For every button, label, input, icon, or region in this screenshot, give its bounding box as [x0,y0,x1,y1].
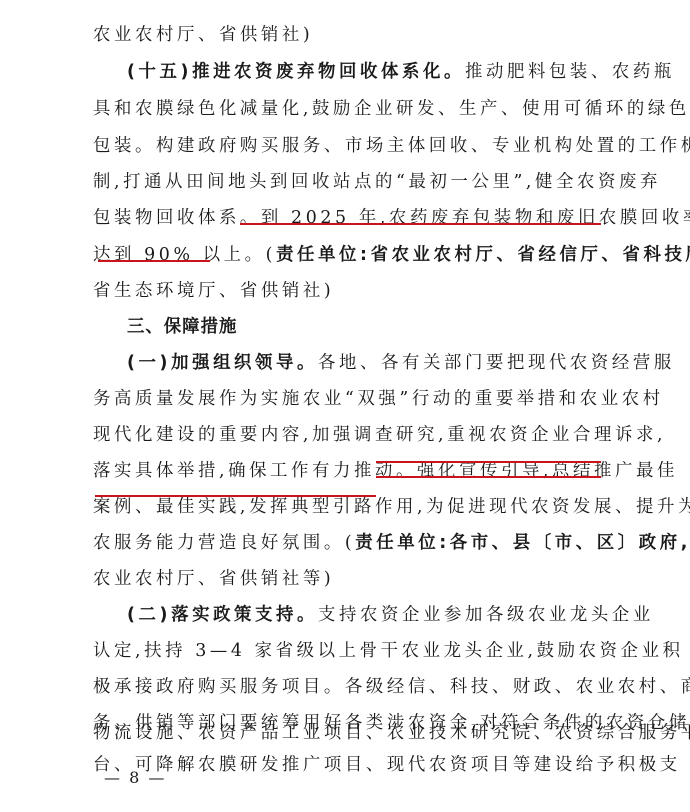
text-line: 包装。构建政府购买服务、市场主体回收、专业机构处置的工作机 [93,133,599,159]
text-line: 务高质量发展作为实施农业“双强”行动的重要举措和农业农村 [93,386,599,412]
section-1-body: 各地、各有关部门要把现代农资经营服 [318,353,675,373]
section-15-title: (十五)推进农资废弃物回收体系化。 [127,62,465,82]
responsibility-units: 责任单位:省农业农村厅、省经信厅、省科技厅、 [276,245,690,265]
responsibility-units: 责任单位:各市、县〔市、区〕政府,省 [355,533,690,553]
responsibility-line: 达到 90% 以上。(责任单位:省农业农村厅、省经信厅、省科技厅、 [93,242,599,268]
text-line: 认定,扶持 3—4 家省级以上骨干农业龙头企业,鼓励农资企业积 [93,638,599,664]
highlight-underline [240,223,601,225]
text-line: 包装物回收体系。到 2025 年,农药废弃包装物和废旧农膜回收率 [93,205,599,231]
highlight-underline [376,461,601,463]
text-line: 台、可降解农膜研发推广项目、现代农资项目等建设给予积极支 [93,752,599,778]
page-number: — 8 — [104,768,166,787]
section-15-body: 推动肥料包装、农药瓶 [465,62,675,82]
text-span: 农服务能力营造良好氛围。( [93,533,355,553]
text-line: 农业农村厅、省供销社等) [93,566,599,592]
highlight-underline [95,495,376,497]
section-2-line: (二)落实政策支持。支持农资企业参加各级农业龙头企业 [127,602,599,628]
text-line: 案例、最佳实践,发挥典型引路作用,为促进现代农资发展、提升为 [93,494,599,520]
section-2-title: (二)落实政策支持。 [127,605,318,625]
section-1-title: (一)加强组织领导。 [127,353,318,373]
document-page: 农业农村厅、省供销社) (十五)推进农资废弃物回收体系化。推动肥料包装、农药瓶 … [0,0,690,812]
text-line: 农业农村厅、省供销社) [93,22,599,48]
highlight-underline [376,476,601,478]
section-1-line: (一)加强组织领导。各地、各有关部门要把现代农资经营服 [127,350,599,376]
text-line: 现代化建设的重要内容,加强调查研究,重视农资企业合理诉求, [93,422,599,448]
section-15-line: (十五)推进农资废弃物回收体系化。推动肥料包装、农药瓶 [127,59,599,85]
text-line: 极承接政府购买服务项目。各级经信、科技、财政、农业农村、商 [93,674,599,700]
text-line: 物流设施、农资产品工业项目、农业技术研究院、农资综合服务平 [93,720,599,746]
highlight-underline [98,260,210,262]
text-span: 达到 90% 以上。( [93,245,276,265]
section-heading: 三、保障措施 [127,314,599,340]
responsibility-line: 农服务能力营造良好氛围。(责任单位:各市、县〔市、区〕政府,省 [93,530,599,556]
text-line: 具和农膜绿色化减量化,鼓励企业研发、生产、使用可循环的绿色 [93,96,599,122]
section-2-body: 支持农资企业参加各级农业龙头企业 [318,605,654,625]
text-line: 省生态环境厅、省供销社) [93,278,599,304]
text-line: 制,打通从田间地头到回收站点的“最初一公里”,健全农资废弃 [93,169,599,195]
